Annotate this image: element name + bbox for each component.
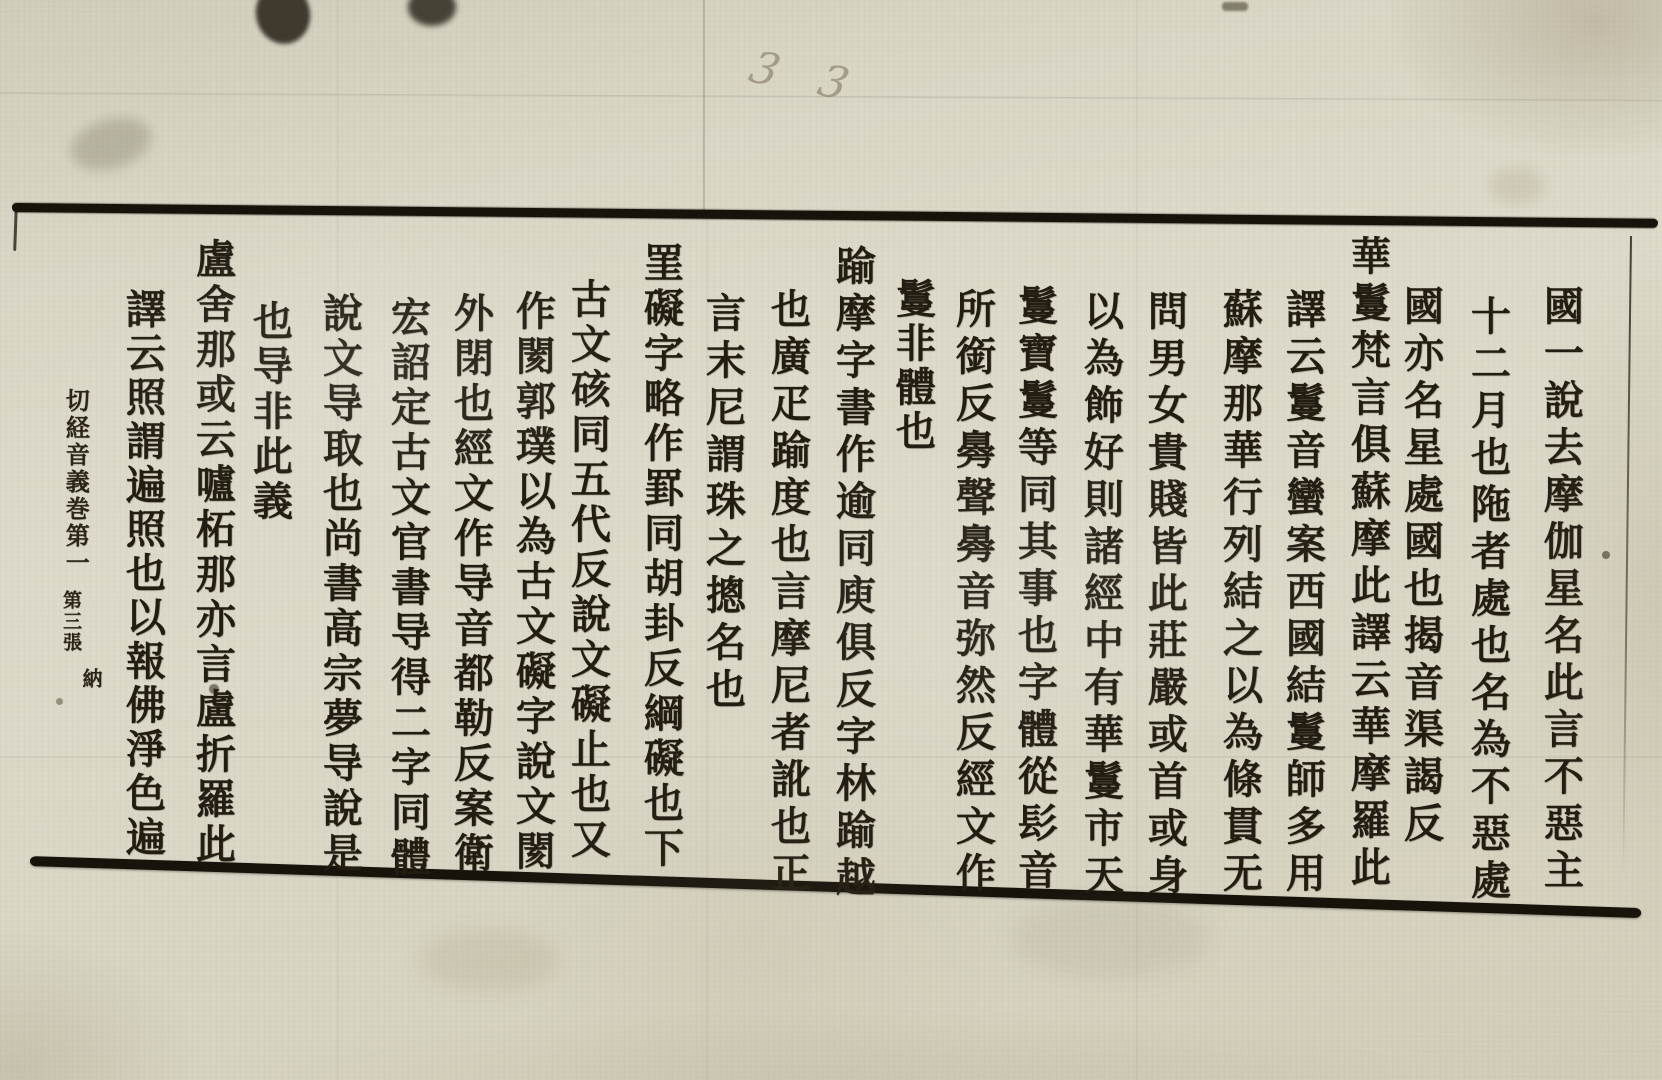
text-column-4: 華鬘梵言俱蘇摩此譯云華摩羅此 xyxy=(1346,235,1388,893)
text-column-5: 譯云鬘音蠻案西國結鬘師多用 xyxy=(1281,288,1323,899)
text-column-22: 盧舍那或云嚧柘那亦言盧折羅此 xyxy=(191,238,233,868)
text-column-12: 踰摩字書作逾同庾俱反字林踰越 xyxy=(831,245,873,903)
paper-stain xyxy=(420,928,558,992)
text-column-11: 鬘非體也 xyxy=(891,278,933,454)
text-column-7: 問男女貴賤皆此莊嚴或首或身 xyxy=(1143,290,1185,901)
text-column-2: 十二月也陁者處也名為不惡處 xyxy=(1466,295,1508,906)
paper-stain xyxy=(1010,898,1210,978)
text-column-3: 國亦名星處國也揭音渠謁反 xyxy=(1399,285,1441,849)
text-column-10: 所銜反臱聲臱音弥然反經文作 xyxy=(951,288,993,899)
text-column-14: 言末尼謂珠之摠名也 xyxy=(701,292,743,715)
text-column-15: 罣礙字略作罫同胡卦反綱礙也下 xyxy=(639,242,681,872)
frame-border-top xyxy=(12,203,1658,228)
text-column-18: 外閉也經文作导音都勒反案衛 xyxy=(449,292,491,877)
text-column-8: 以為飾好則諸經中有華鬘市天 xyxy=(1079,290,1121,901)
text-column-21: 也导非此義 xyxy=(248,300,290,525)
margin-collation-mark: 納 xyxy=(80,668,101,688)
paper-stain xyxy=(1490,168,1544,204)
ink-dash xyxy=(1222,2,1248,11)
margin-sheet-number: 第三張 xyxy=(60,590,80,653)
frame-border-right xyxy=(1622,236,1632,876)
text-column-9: 鬘寶鬘等同其事也字體從髟音 xyxy=(1013,285,1055,896)
text-column-20: 說文导取也尚書高宗夢导說是 xyxy=(318,292,360,877)
text-column-16: 古文硋同五代反說文礙止也又 xyxy=(566,278,608,863)
vertical-fold-crease xyxy=(703,0,705,210)
ink-dot xyxy=(56,698,63,705)
gray-smudge xyxy=(65,110,157,179)
ink-blob xyxy=(408,0,456,26)
text-column-1: 國一說去摩伽星名此言不惡主 xyxy=(1539,285,1581,896)
frame-border-left-tick xyxy=(13,205,18,251)
text-column-17: 作閡郭璞以為古文礙字說文閡 xyxy=(511,290,553,875)
margin-volume-label: 切経音義巻第一 xyxy=(63,388,88,577)
text-column-23: 譯云照謂遍照也以報佛淨色遍 xyxy=(121,288,163,860)
ink-speck xyxy=(1602,551,1610,559)
text-column-13: 也廣疋踰度也言摩尼者訛也正 xyxy=(766,288,808,899)
pencil-annotation: 3 3 xyxy=(744,42,869,112)
text-column-6: 蘇摩那華行列結之以為條貫无 xyxy=(1218,288,1260,899)
manuscript-page: 國一說去摩伽星名此言不惡主十二月也陁者處也名為不惡處國亦名星處國也揭音渠謁反華鬘… xyxy=(0,0,1662,1080)
vertical-fold-crease-faint xyxy=(1136,0,1138,1080)
ink-blob xyxy=(250,0,317,50)
text-column-19: 宏詔定古文官書导得二字同體 xyxy=(386,296,428,881)
